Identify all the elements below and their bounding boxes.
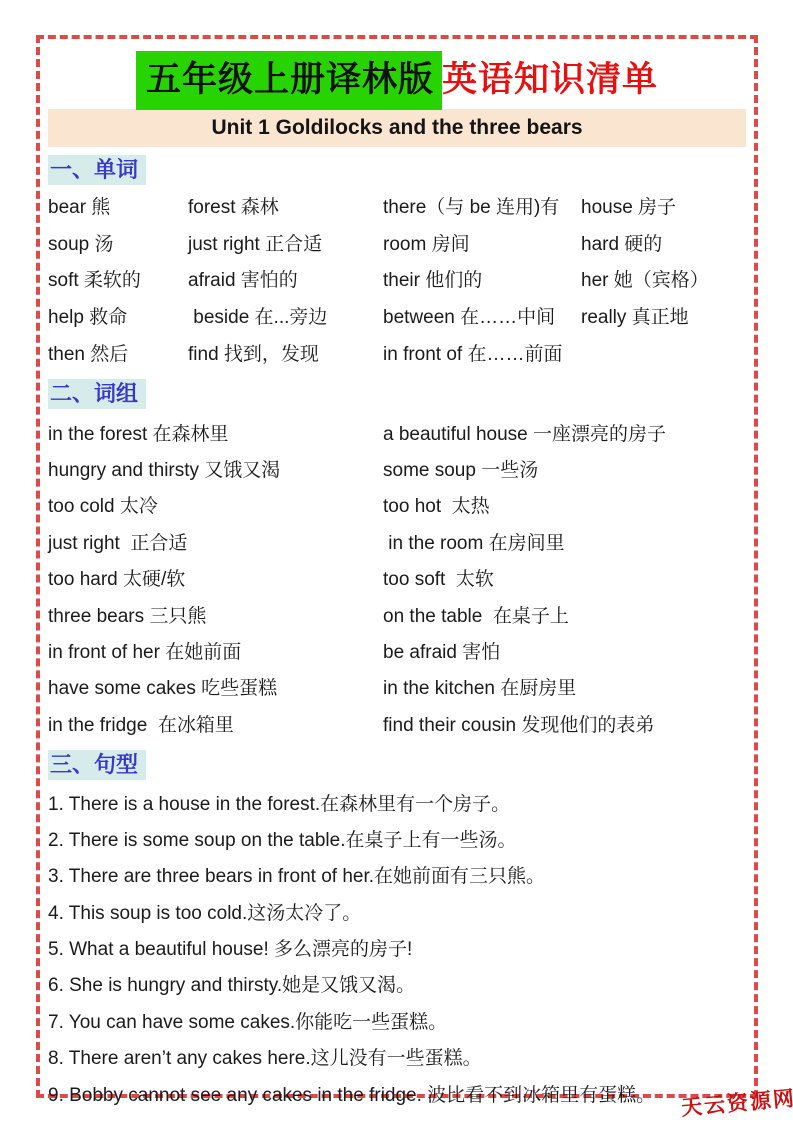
word-item: just right 正合适 — [188, 229, 383, 256]
word-item: help 救命 — [48, 302, 188, 329]
sentence-item: 3. There are three bears in front of her… — [48, 859, 746, 895]
sentence-item: 4. This soup is too cold.这汤太冷了。 — [48, 896, 746, 932]
phrase-item: in the forest 在森林里 — [48, 419, 383, 446]
phrase-item: find their cousin 发现他们的表弟 — [383, 710, 746, 737]
phrase-item: three bears 三只熊 — [48, 601, 383, 628]
word-item: house 房子 — [581, 192, 746, 219]
sentence-list: 1. There is a house in the forest.在森林里有一… — [48, 787, 746, 1115]
word-item: their 他们的 — [383, 265, 581, 292]
word-item: room 房间 — [383, 229, 581, 256]
section-heading-sentences: 三、句型 — [48, 750, 146, 780]
unit-banner: Unit 1 Goldilocks and the three bears — [48, 109, 746, 147]
word-item: find 找到，发现 — [188, 339, 383, 366]
word-item: then 然后 — [48, 339, 188, 366]
word-item: hard 硬的 — [581, 229, 746, 256]
phrase-item: too soft 太软 — [383, 564, 746, 591]
sentence-item: 5. What a beautiful house! 多么漂亮的房子! — [48, 932, 746, 968]
word-item: bear 熊 — [48, 192, 188, 219]
section-heading-phrases: 二、词组 — [48, 379, 146, 409]
phrase-item: just right 正合适 — [48, 528, 383, 555]
title-subject: 英语知识清单 — [442, 60, 658, 99]
word-item: between 在……中间 — [383, 302, 581, 329]
phrase-item: in the fridge 在冰箱里 — [48, 710, 383, 737]
phrase-item: hungry and thirsty 又饿又渴 — [48, 455, 383, 482]
phrase-item: be afraid 害怕 — [383, 637, 746, 664]
phrase-item: in the room 在房间里 — [383, 528, 746, 555]
phrase-item: too cold 太冷 — [48, 491, 383, 518]
word-item: beside 在...旁边 — [188, 302, 383, 329]
word-item: there（与 be 连用)有 — [383, 192, 581, 219]
word-item: afraid 害怕的 — [188, 265, 383, 292]
word-item: soup 汤 — [48, 229, 188, 256]
sentence-item: 9. Bobby cannot see any cakes in the fri… — [48, 1078, 746, 1114]
word-item: her 她（宾格） — [581, 265, 746, 292]
phrase-item: too hard 太硬/软 — [48, 564, 383, 591]
phrase-item: a beautiful house 一座漂亮的房子 — [383, 419, 746, 446]
word-item: in front of 在……前面 — [383, 339, 581, 366]
phrase-item: have some cakes 吃些蛋糕 — [48, 673, 383, 700]
sentence-item: 2. There is some soup on the table.在桌子上有… — [48, 823, 746, 859]
word-item: really 真正地 — [581, 302, 746, 329]
phrase-item: in front of her 在她前面 — [48, 637, 383, 664]
word-item: forest 森林 — [188, 192, 383, 219]
worksheet-page: 五年级上册译林版英语知识清单 Unit 1 Goldilocks and the… — [0, 0, 793, 1122]
phrase-item: some soup 一些汤 — [383, 455, 746, 482]
word-list: bear 熊 forest 森林 there（与 be 连用)有 house 房… — [48, 187, 746, 371]
page-title: 五年级上册译林版英语知识清单 — [48, 52, 746, 102]
sentence-item: 8. There aren’t any cakes here.这儿没有一些蛋糕。 — [48, 1041, 746, 1077]
sentence-item: 1. There is a house in the forest.在森林里有一… — [48, 787, 746, 823]
worksheet-content: 五年级上册译林版英语知识清单 Unit 1 Goldilocks and the… — [48, 48, 746, 1114]
phrase-list: in the forest 在森林里 a beautiful house 一座漂… — [48, 414, 746, 742]
word-item: soft 柔软的 — [48, 265, 188, 292]
phrase-item: in the kitchen 在厨房里 — [383, 673, 746, 700]
title-grade-highlight: 五年级上册译林版 — [136, 51, 442, 110]
phrase-item: on the table 在桌子上 — [383, 601, 746, 628]
sentence-item: 6. She is hungry and thirsty.她是又饿又渴。 — [48, 968, 746, 1004]
sentence-item: 7. You can have some cakes.你能吃一些蛋糕。 — [48, 1005, 746, 1041]
phrase-item: too hot 太热 — [383, 491, 746, 518]
section-heading-words: 一、单词 — [48, 155, 146, 185]
